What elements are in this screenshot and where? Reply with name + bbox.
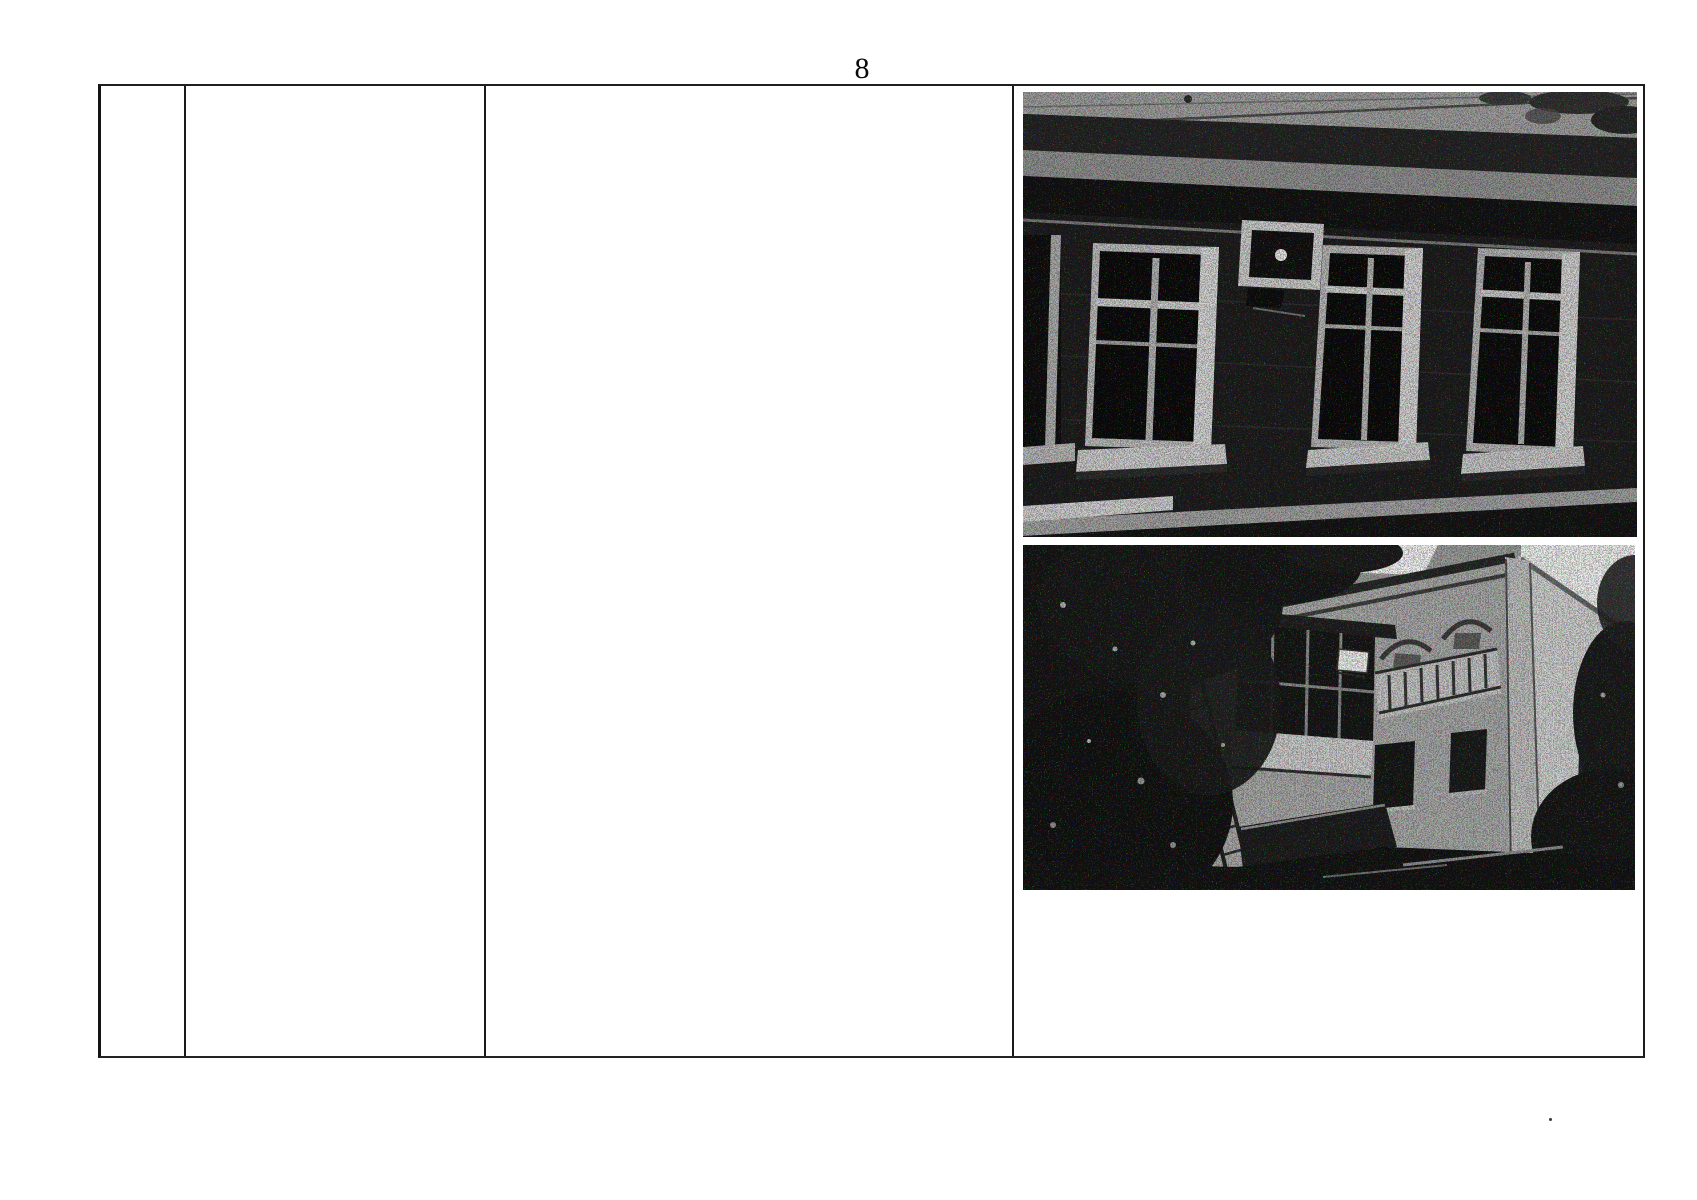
page-number: 8	[842, 52, 882, 86]
building-facade-photo	[1023, 92, 1637, 537]
table-cell-2	[186, 86, 484, 1056]
document-page: 8	[0, 0, 1697, 1200]
halftone-grain	[1023, 92, 1637, 537]
table-cell-1	[101, 86, 184, 1056]
ink-speck	[1549, 1118, 1552, 1121]
halftone-grain	[1023, 545, 1635, 890]
building-corner-photo	[1023, 545, 1635, 890]
table-cell-3	[486, 86, 1012, 1056]
